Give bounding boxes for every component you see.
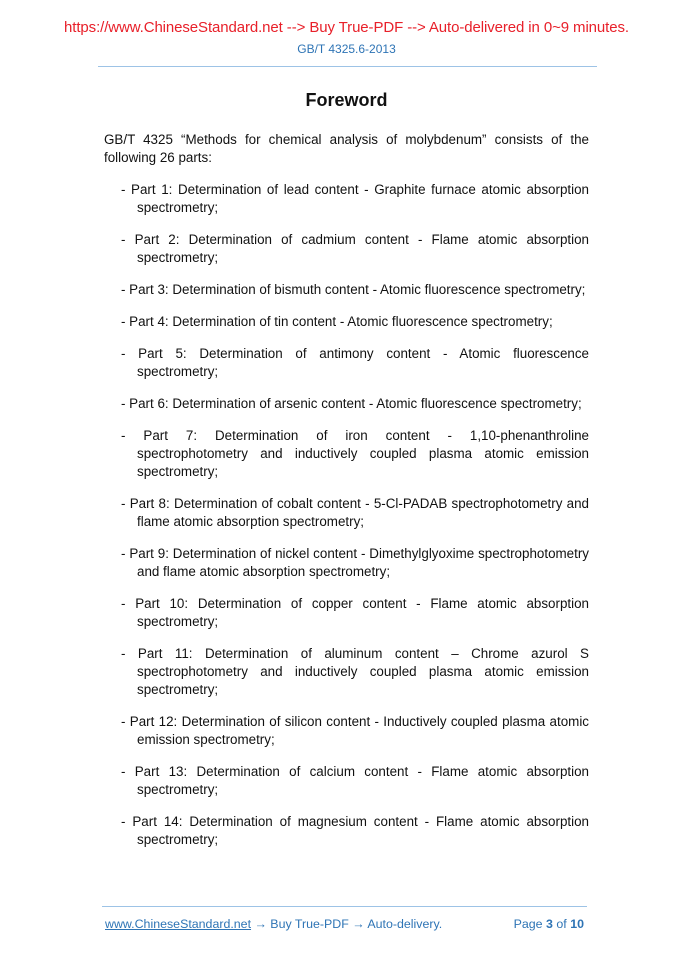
document-body: GB/T 4325 “Methods for chemical analysis… (104, 131, 589, 863)
page-of: of (556, 917, 566, 931)
footer-tagline: → Buy True-PDF → Auto-delivery. (251, 917, 442, 931)
list-item: - Part 11: Determination of aluminum con… (104, 645, 589, 699)
list-item: - Part 10: Determination of copper conte… (104, 595, 589, 631)
list-item: - Part 13: Determination of calcium cont… (104, 763, 589, 799)
list-item: - Part 6: Determination of arsenic conte… (104, 395, 589, 413)
standard-code: GB/T 4325.6-2013 (0, 42, 693, 56)
list-item: - Part 3: Determination of bismuth conte… (104, 281, 589, 299)
footer-divider (102, 906, 587, 907)
list-item: - Part 9: Determination of nickel conten… (104, 545, 589, 581)
intro-paragraph: GB/T 4325 “Methods for chemical analysis… (104, 131, 589, 167)
page-title: Foreword (0, 90, 693, 111)
top-banner[interactable]: https://www.ChineseStandard.net --> Buy … (0, 19, 693, 36)
list-item: - Part 5: Determination of antimony cont… (104, 345, 589, 381)
page-current: 3 (546, 917, 553, 931)
page-total: 10 (570, 917, 584, 931)
page-indicator: Page 3 of 10 (514, 917, 584, 931)
list-item: - Part 1: Determination of lead content … (104, 181, 589, 217)
footer-website-link[interactable]: www.ChineseStandard.net (105, 917, 251, 931)
parts-list: - Part 1: Determination of lead content … (104, 181, 589, 849)
list-item: - Part 8: Determination of cobalt conten… (104, 495, 589, 531)
list-item: - Part 7: Determination of iron content … (104, 427, 589, 481)
list-item: - Part 14: Determination of magnesium co… (104, 813, 589, 849)
list-item: - Part 2: Determination of cadmium conte… (104, 231, 589, 267)
header-divider (98, 66, 597, 67)
page-label: Page (514, 917, 543, 931)
list-item: - Part 4: Determination of tin content -… (104, 313, 589, 331)
list-item: - Part 12: Determination of silicon cont… (104, 713, 589, 749)
footer-promo: www.ChineseStandard.net → Buy True-PDF →… (105, 917, 442, 931)
